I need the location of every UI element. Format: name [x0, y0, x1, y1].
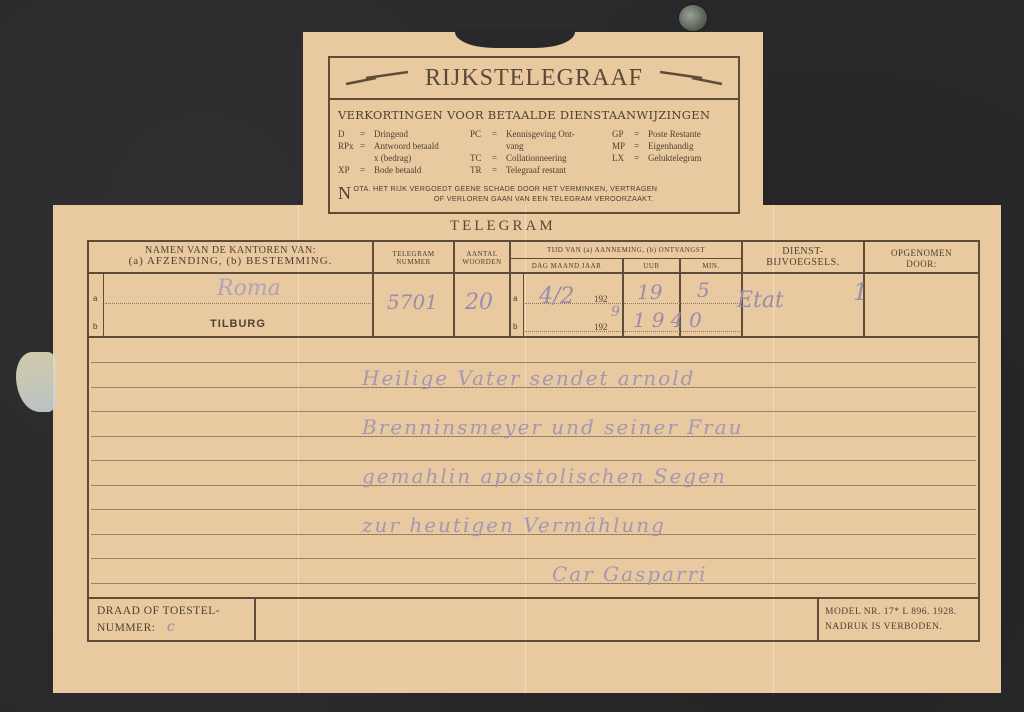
- abbr-meaning: Kennisgeving Ont-: [506, 129, 575, 139]
- nota-line-1: OTA. HET RIJK VERGOEDT GEENE SCHADE DOOR…: [338, 184, 734, 194]
- nota-initial: N: [338, 184, 351, 202]
- abbr-meaning: Geluktelegram: [648, 153, 701, 163]
- abbr-meaning: Collationneering: [506, 153, 567, 163]
- abbr-code: GP: [612, 128, 634, 140]
- pushpin-icon: [679, 5, 707, 31]
- header-text: AANTAL: [455, 250, 509, 258]
- year-prefix-a: 192: [594, 294, 608, 304]
- date-value: 4/2: [539, 284, 574, 309]
- row-label-b: b: [513, 322, 517, 331]
- word-count-header: AANTAL WOORDEN: [455, 250, 509, 266]
- abbr-meaning: Dringend: [374, 129, 408, 139]
- abbr-code: XP: [338, 164, 360, 176]
- message-line: Brenninsmeyer und seiner Frau: [362, 415, 744, 439]
- origin-office: Roma: [217, 276, 281, 301]
- header-text: BIJVOEGSELS.: [743, 257, 863, 268]
- wire-number-label: DRAAD OF TOESTEL- NUMMER: c: [97, 603, 220, 636]
- hour-header: UUR: [624, 262, 679, 270]
- abbr-code: PC: [470, 128, 492, 140]
- abbreviations-heading: VERKORTINGEN VOOR BETAALDE DIENSTAANWIJZ…: [338, 108, 710, 122]
- wire-number-value: c: [167, 619, 175, 635]
- year-digit-value: 9: [611, 304, 620, 320]
- service-note-value: Etat: [737, 288, 784, 313]
- lightning-bolt-icon: [656, 70, 726, 86]
- year-prefix-b: 192: [594, 322, 608, 332]
- signature: Car Gasparri: [552, 562, 708, 586]
- abbr-meaning: Eigenhandig: [648, 141, 694, 151]
- date-header: DAG MAAND JAAR: [511, 262, 622, 270]
- abbr-meaning: Bode betaald: [374, 165, 421, 175]
- abbr-meaning: Poste Restante: [648, 129, 701, 139]
- abbreviations-col-3: GP=Poste Restante MP=Eigenhandig LX=Gelu…: [612, 128, 701, 164]
- model-info: MODEL NR. 17* L 896. 1928. NADRUK IS VER…: [825, 605, 957, 635]
- reprint-notice: NADRUK IS VERBODEN.: [825, 620, 957, 635]
- offices-header: NAMEN VAN DE KANTOREN VAN: (a) AFZENDING…: [103, 245, 358, 267]
- wire-label-line-2: NUMMER:: [97, 622, 155, 634]
- word-count-value: 20: [465, 290, 493, 315]
- received-time-value: 1940: [633, 308, 708, 332]
- header-box: RIJKSTELEGRAAF VERKORTINGEN VOOR BETAALD…: [328, 56, 740, 214]
- page-title: RIJKSTELEGRAAF: [425, 65, 643, 92]
- header-text: DOOR:: [865, 259, 978, 270]
- destination-office: TILBURG: [103, 318, 373, 330]
- telegram-form-table: NAMEN VAN DE KANTOREN VAN: (a) AFZENDING…: [87, 240, 980, 642]
- nota-line-2: OF VERLOREN GAAN VAN EEN TELEGRAM VEROOR…: [338, 194, 734, 204]
- lightning-bolt-icon: [342, 70, 412, 86]
- message-line: Heilige Vater sendet arnold: [362, 366, 695, 390]
- service-mark-value: 1: [853, 278, 868, 306]
- header-text: OPGENOMEN: [865, 248, 978, 259]
- header-text: WOORDEN: [455, 258, 509, 266]
- minute-header: MIN.: [681, 262, 741, 270]
- row-label-b: b: [93, 322, 97, 331]
- abbr-meaning: vang: [506, 141, 524, 151]
- abbr-code: TC: [470, 152, 492, 164]
- row-label-a: a: [93, 294, 97, 303]
- abbreviations-col-2: PC=Kennisgeving Ont- vang TC=Collationne…: [470, 128, 575, 176]
- nota-disclaimer: N OTA. HET RIJK VERGOEDT GEENE SCHADE DO…: [338, 184, 734, 204]
- message-line: zur heutigen Vermählung: [362, 513, 666, 537]
- received-by-header: OPGENOMEN DOOR:: [865, 248, 978, 270]
- abbr-code: TR: [470, 164, 492, 176]
- offices-header-line-2: (a) AFZENDING, (b) BESTEMMING.: [103, 256, 358, 267]
- service-header: DIENST- BIJVOEGSELS.: [743, 246, 863, 268]
- header-text: NUMMER: [374, 258, 453, 266]
- telegram-number-value: 5701: [387, 290, 438, 314]
- abbreviations-col-1: D=Dringend RPx=Antwoord betaald x (bedra…: [338, 128, 439, 176]
- abbr-code: MP: [612, 140, 634, 152]
- header-text: TELEGRAM: [374, 250, 453, 258]
- torn-edge: [455, 28, 575, 48]
- abbr-meaning: x (bedrag): [374, 153, 411, 163]
- message-line: gemahlin apostolischen Segen: [362, 464, 727, 488]
- abbr-meaning: Antwoord betaald: [374, 141, 439, 151]
- abbr-code: D: [338, 128, 360, 140]
- title-row: RIJKSTELEGRAAF: [330, 58, 738, 100]
- abbr-meaning: Telegraaf restant: [506, 165, 566, 175]
- minute-value: 5: [697, 278, 710, 302]
- form-title: TELEGRAM: [450, 218, 556, 235]
- row-label-a: a: [513, 294, 517, 303]
- model-number: MODEL NR. 17* L 896. 1928.: [825, 605, 957, 620]
- header-text: DIENST-: [743, 246, 863, 257]
- telegram-number-header: TELEGRAM NUMMER: [374, 250, 453, 266]
- wire-label-line-1: DRAAD OF TOESTEL-: [97, 603, 220, 619]
- abbr-code: LX: [612, 152, 634, 164]
- hour-value: 19: [637, 280, 662, 304]
- abbr-code: RPx: [338, 140, 360, 152]
- time-header: TIJD VAN (a) AANNEMING, (b) ONTVANGST: [511, 246, 741, 254]
